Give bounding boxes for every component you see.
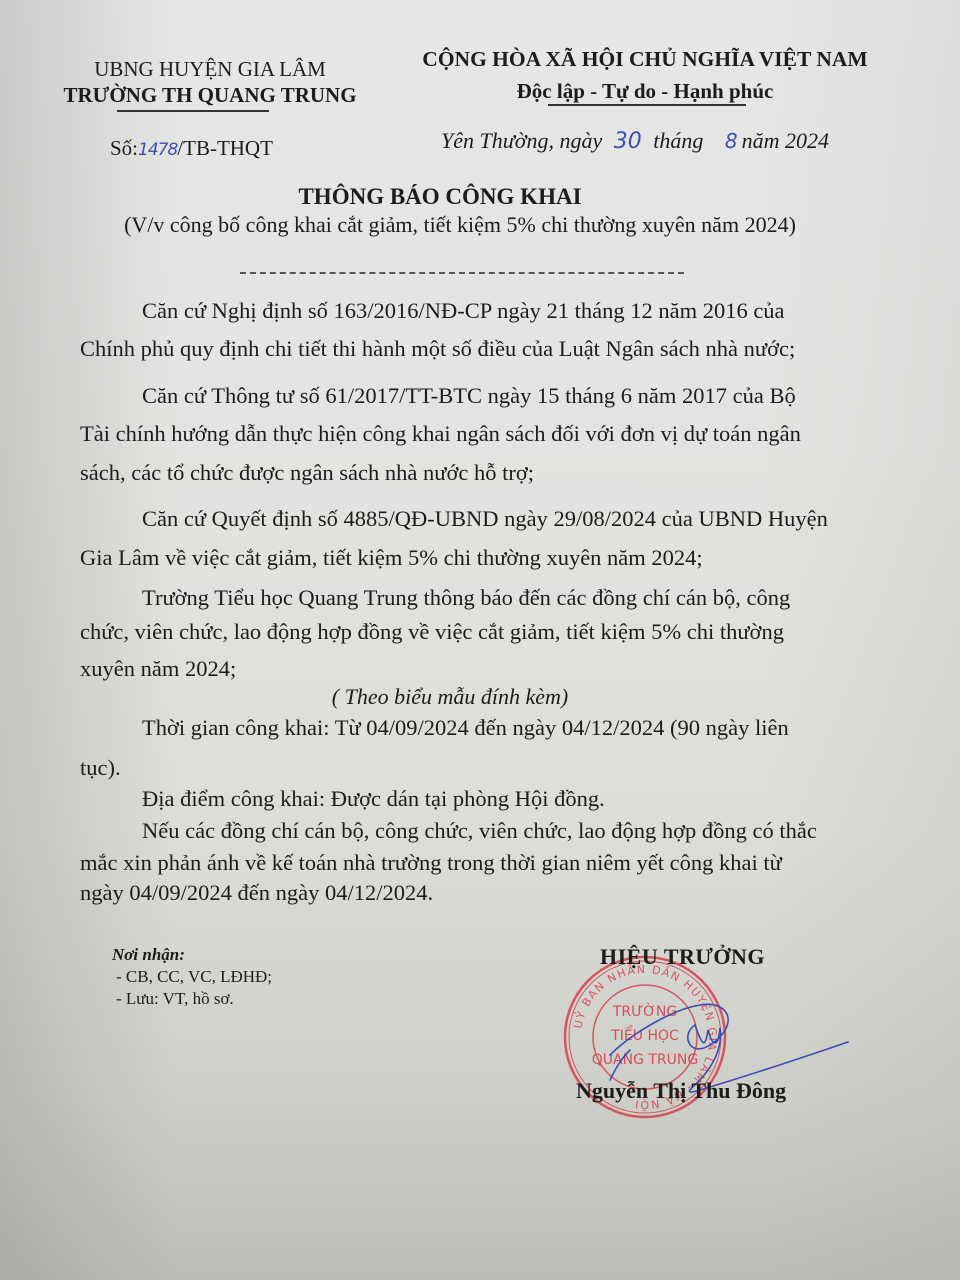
title-separator <box>240 272 684 274</box>
issue-date: Yên Thường, ngày 30 tháng 8năm 2024 <box>441 128 829 154</box>
signer-name: Nguyễn Thị Thu Đông <box>576 1078 786 1104</box>
p5-line1: Thời gian công khai: Từ 04/09/2024 đến n… <box>142 715 789 741</box>
p2-line2: Tài chính hướng dẫn thực hiện công khai … <box>80 421 801 447</box>
national-motto: Độc lập - Tự do - Hạnh phúc <box>400 78 890 104</box>
school-name: TRƯỜNG TH QUANG TRUNG <box>40 82 380 108</box>
recipient-item: - Lưu: VT, hồ sơ. <box>116 988 272 1010</box>
p5-line2: tục). <box>80 755 121 781</box>
date-year: năm 2024 <box>742 128 829 153</box>
p3-line1: Căn cứ Quyết định số 4885/QĐ-UBND ngày 2… <box>142 506 828 532</box>
attachment-note: ( Theo biểu mẫu đính kèm) <box>0 684 900 710</box>
doc-number-suffix: /TB-THQT <box>177 136 273 160</box>
p1-line1: Căn cứ Nghị định số 163/2016/NĐ-CP ngày … <box>142 298 785 324</box>
date-month: 8 <box>709 129 742 153</box>
date-prefix: Yên Thường, ngày <box>441 128 602 153</box>
doc-number-prefix: Số: <box>110 136 138 160</box>
school-underline <box>117 110 269 112</box>
p7-line1: Nếu các đồng chí cán bộ, công chức, viên… <box>142 818 817 844</box>
signer-title: HIỆU TRƯỞNG <box>600 944 765 970</box>
handwritten-signature <box>590 990 850 1130</box>
date-month-label: tháng <box>653 128 703 153</box>
national-title: CỘNG HÒA XÃ HỘI CHỦ NGHĨA VIỆT NAM <box>400 46 890 72</box>
p2-line1: Căn cứ Thông tư số 61/2017/TT-BTC ngày 1… <box>142 383 796 409</box>
document-subtitle: (V/v công bố công khai cắt giảm, tiết ki… <box>20 212 900 238</box>
p7-line2: mắc xin phản ánh về kế toán nhà trường t… <box>80 850 782 876</box>
recipients-block: Nơi nhận: - CB, CC, VC, LĐHĐ; - Lưu: VT,… <box>112 944 272 1010</box>
doc-number-handwritten: 1478 <box>138 140 177 160</box>
recipients-label: Nơi nhận: <box>112 944 272 966</box>
document-title: THÔNG BÁO CÔNG KHAI <box>0 184 880 210</box>
p4-line3: xuyên năm 2024; <box>80 656 236 682</box>
document-number: Số:1478/TB-THQT <box>110 136 273 161</box>
authority-line: UBNG HUYỆN GIA LÂM <box>40 56 380 82</box>
p1-line2: Chính phủ quy định chi tiết thi hành một… <box>80 336 795 362</box>
issuing-authority: UBNG HUYỆN GIA LÂM TRƯỜNG TH QUANG TRUNG <box>40 56 380 108</box>
p3-line2: Gia Lâm về việc cắt giảm, tiết kiệm 5% c… <box>80 545 703 571</box>
date-day: 30 <box>608 129 648 154</box>
p2-line3: sách, các tổ chức được ngân sách nhà nướ… <box>80 460 534 486</box>
motto-underline <box>548 104 746 106</box>
p4-line1: Trường Tiểu học Quang Trung thông báo đế… <box>142 585 790 611</box>
p4-line2: chức, viên chức, lao động hợp đồng về vi… <box>80 619 784 645</box>
p6-line: Địa điểm công khai: Được dán tại phòng H… <box>142 786 605 812</box>
recipient-item: - CB, CC, VC, LĐHĐ; <box>116 966 272 988</box>
p7-line3: ngày 04/09/2024 đến ngày 04/12/2024. <box>80 880 433 906</box>
national-header: CỘNG HÒA XÃ HỘI CHỦ NGHĨA VIỆT NAM Độc l… <box>400 46 890 104</box>
